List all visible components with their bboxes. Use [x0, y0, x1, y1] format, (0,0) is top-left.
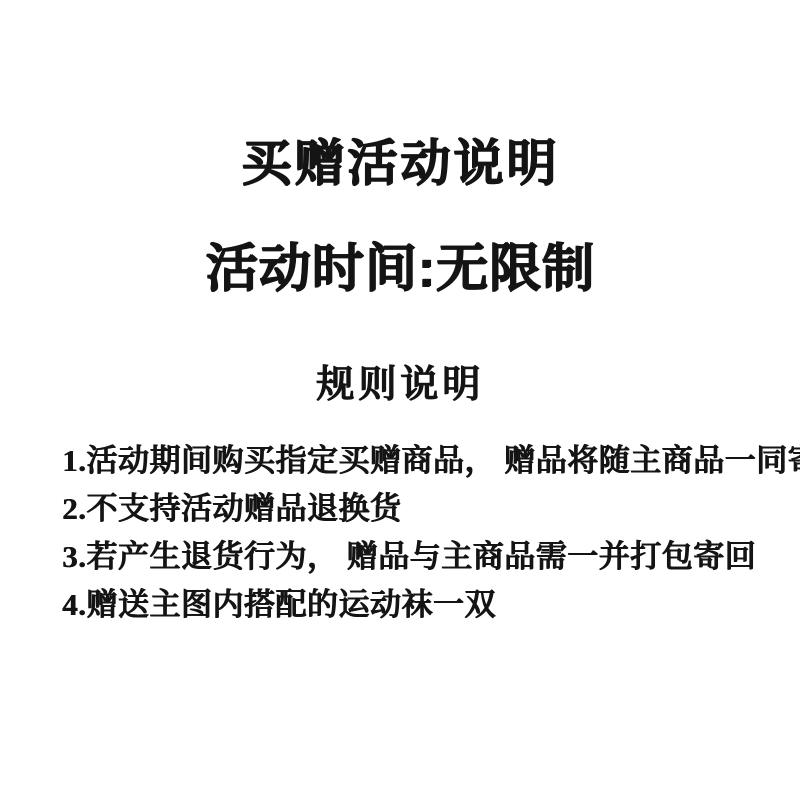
rule-item-3: 3.若产生退货行为， 赠品与主商品需一并打包寄回 — [62, 533, 780, 581]
activity-time-heading: 活动时间:无限制 — [0, 243, 800, 295]
rules-list: 1.活动期间购买指定买赠商品， 赠品将随主商品一同寄出 2.不支持活动赠品退换货… — [62, 437, 780, 629]
rules-heading: 规则说明 — [0, 366, 800, 404]
rule-item-1: 1.活动期间购买指定买赠商品， 赠品将随主商品一同寄出 — [62, 437, 780, 485]
promo-notice-page: 买赠活动说明 活动时间:无限制 规则说明 1.活动期间购买指定买赠商品， 赠品将… — [0, 0, 800, 800]
page-title: 买赠活动说明 — [0, 138, 800, 188]
rule-item-2: 2.不支持活动赠品退换货 — [62, 485, 780, 533]
rule-item-4: 4.赠送主图内搭配的运动袜一双 — [62, 581, 780, 629]
